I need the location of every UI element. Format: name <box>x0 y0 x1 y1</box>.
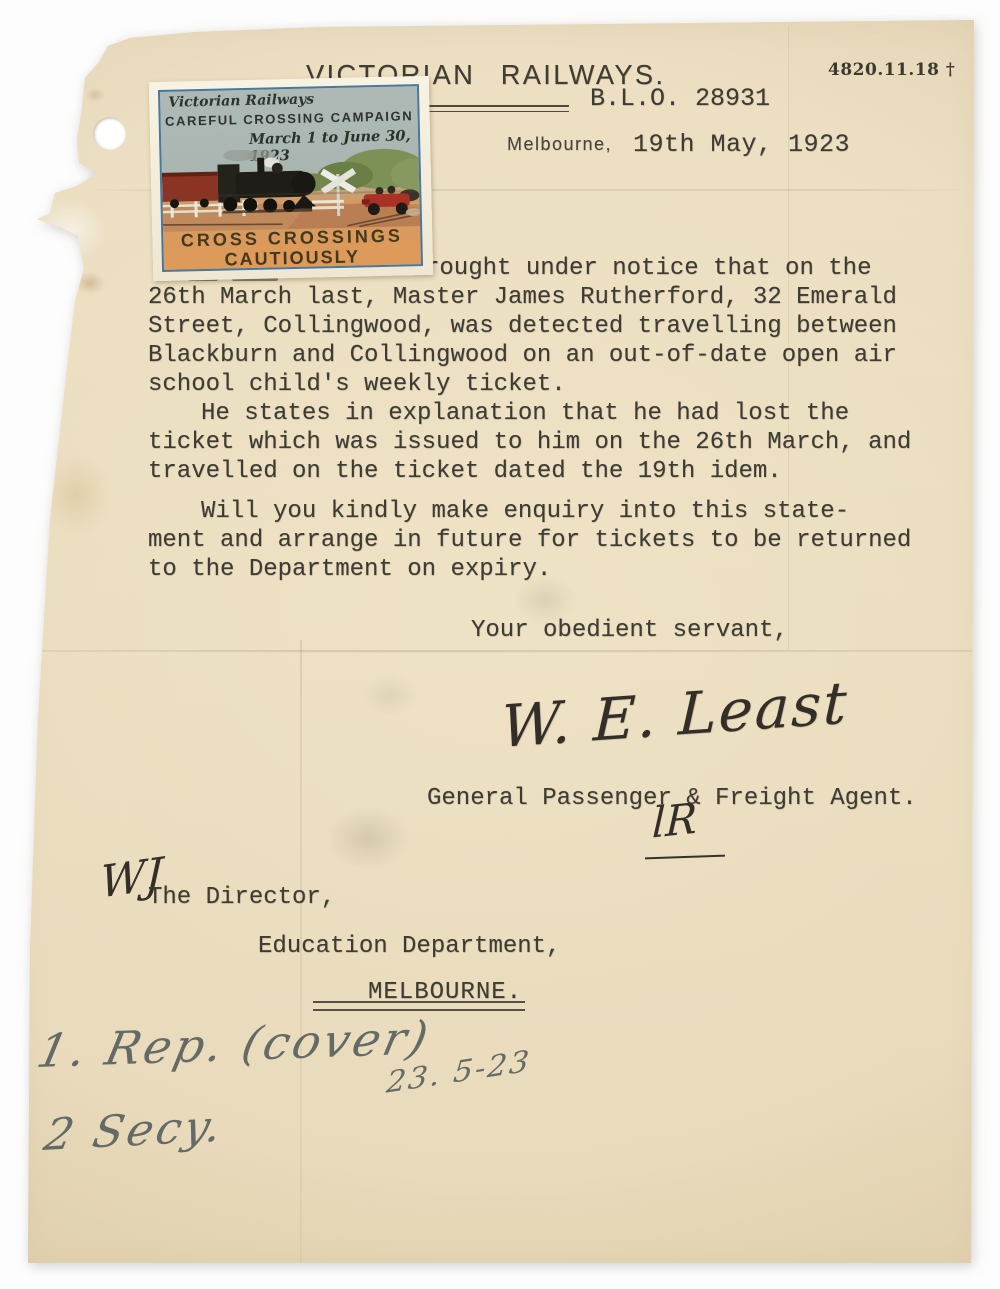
date-line: 19th May, 1923 <box>633 130 850 159</box>
melbourne-underline <box>313 1001 525 1011</box>
paper-wrap: VICTORIAN RAILWAYS. 4820.11.18 † B.L.O. … <box>0 0 1000 1289</box>
place-line: Melbourne, <box>507 134 612 155</box>
paragraph-2-line-3: travelled on the ticket dated the 19th i… <box>148 457 938 486</box>
signature-handwritten: W. E. Least <box>500 668 850 761</box>
closing-line: Your obedient servant, <box>471 617 788 644</box>
initials-underline <box>645 855 725 860</box>
paragraph-1-line-4: Blackburn and Collingwood on an out-of-d… <box>148 341 938 370</box>
letter-scan: VICTORIAN RAILWAYS. 4820.11.18 † B.L.O. … <box>0 0 1000 1289</box>
paragraph-1-line-5: school child's weekly ticket. <box>148 370 938 399</box>
paper-edge-shading <box>0 0 1000 1289</box>
letter-paper: VICTORIAN RAILWAYS. 4820.11.18 † B.L.O. … <box>0 0 1000 1289</box>
paragraph-2: He states in explanation that he had los… <box>148 399 938 486</box>
stamp-brand-text: Victorian Railways <box>168 91 314 110</box>
paragraph-3: Will you kindly make enquiry into this s… <box>148 497 938 584</box>
paragraph-1-line-1: rought under notice that on the <box>425 254 938 283</box>
signer-initials-handwritten: lR <box>651 793 698 847</box>
paragraph-3-line-3: to the Department on expiry. <box>148 555 938 584</box>
paragraph-1-line-3: Street, Collingwood, was detected travel… <box>148 312 938 341</box>
train-crossing-illustration <box>161 146 420 232</box>
paragraph-3-line-2: ment and arrange in future for tickets t… <box>148 526 938 555</box>
boxcar <box>162 172 219 209</box>
paragraph-1-line-2: 26th March last, Master James Rutherford… <box>148 283 938 312</box>
paragraph-3-line-1: Will you kindly make enquiry into this s… <box>201 497 938 526</box>
recipient-line-1: The Director, <box>148 884 335 911</box>
punch-hole <box>93 117 126 150</box>
letterhead-rule <box>425 105 569 112</box>
stamp-campaign-title: CAREFUL CROSSING CAMPAIGN <box>161 108 418 129</box>
careful-crossing-stamp: Victorian Railways CAREFUL CROSSING CAMP… <box>149 76 433 281</box>
stamp-slogan-line-2: CAUTIOUSLY <box>164 245 421 272</box>
recipient-line-2: Education Department, <box>258 933 560 960</box>
pencil-note-secy: 2 Secy. <box>40 1101 229 1161</box>
stamp-frame: Victorian Railways CAREFUL CROSSING CAMP… <box>158 84 423 272</box>
paragraph-2-line-1: He states in explanation that he had los… <box>201 399 938 428</box>
fold-crease-middle <box>30 650 973 653</box>
archive-ref-number: 4820.11.18 † <box>828 60 955 80</box>
paragraph-2-line-2: ticket which was issued to him on the 26… <box>148 428 938 457</box>
file-number: B.L.O. 28931 <box>590 84 770 113</box>
pencil-note-reply: 1. Rep. (cover) <box>32 1010 435 1078</box>
